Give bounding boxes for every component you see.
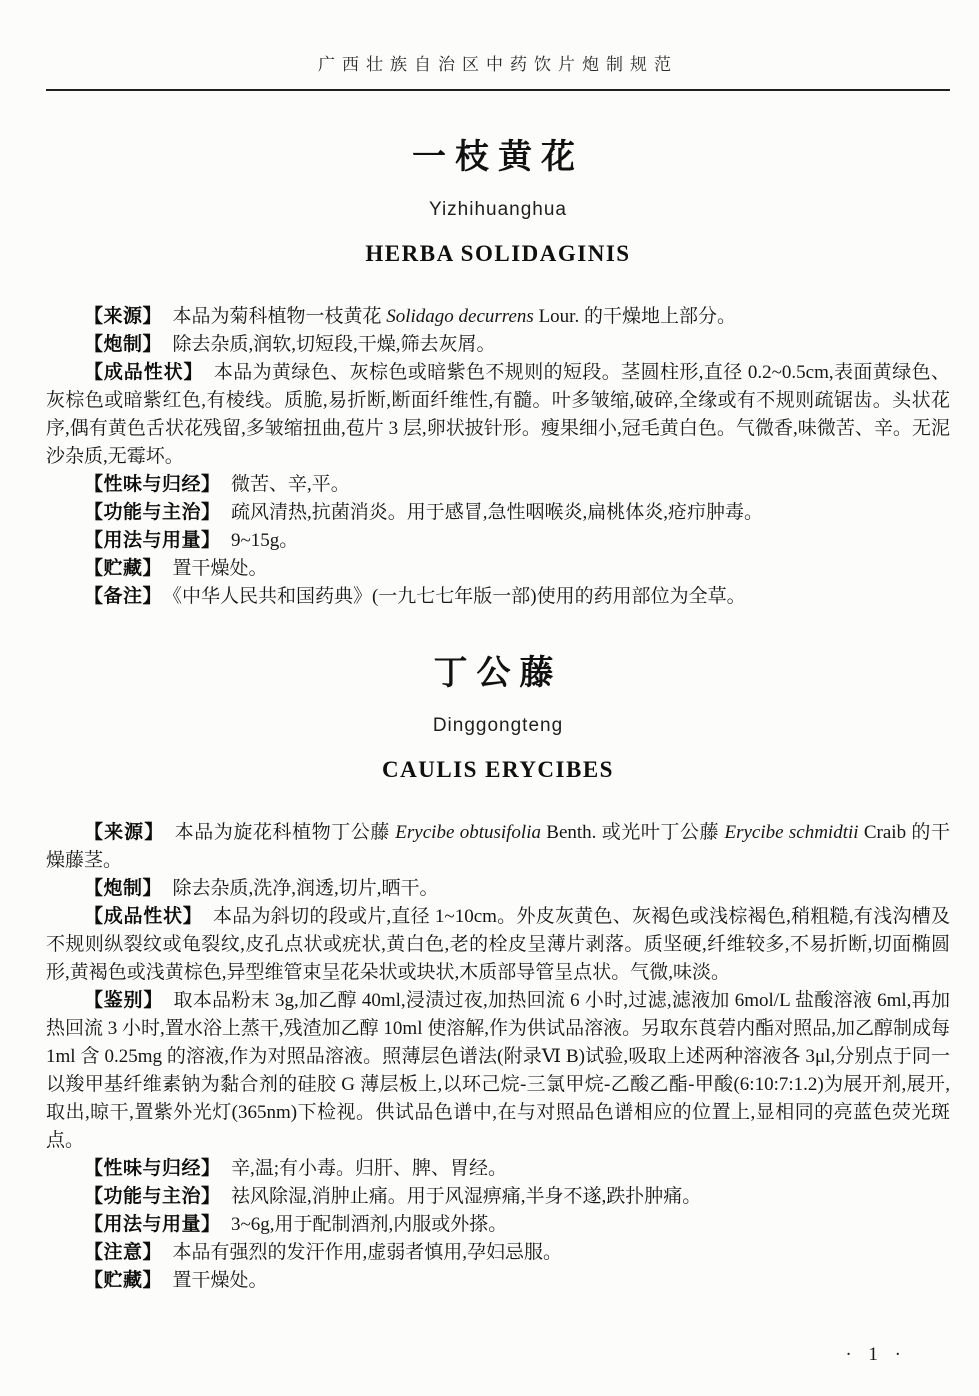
section-label: 【性味与归经】 — [84, 1158, 221, 1179]
section-paragraph: 【成品性状】本品为斜切的段或片,直径 1~10cm。外皮灰黄色、灰褐色或浅棕褐色… — [46, 903, 950, 987]
entry-latin-name: CAULIS ERYCIBES — [46, 757, 950, 783]
page-content: 广西壮族自治区中药饮片炮制规范 一枝黄花 Yizhihuanghua HERBA… — [46, 0, 950, 1295]
entry-title: 丁公藤 — [46, 645, 950, 694]
monograph-entry: 丁公藤 Dinggongteng CAULIS ERYCIBES 【来源】本品为… — [46, 645, 950, 1295]
section-label: 【用法与用量】 — [84, 530, 221, 551]
section-paragraph: 【用法与用量】9~15g。 — [46, 527, 950, 555]
section-text: 3~6g,用于配制酒剂,内服或外搽。 — [231, 1214, 507, 1235]
section-label: 【鉴别】 — [84, 990, 163, 1011]
section-paragraph: 【用法与用量】3~6g,用于配制酒剂,内服或外搽。 — [46, 1211, 950, 1239]
section-label: 【用法与用量】 — [84, 1214, 221, 1235]
section-label: 【来源】 — [84, 306, 162, 327]
section-paragraph: 【性味与归经】微苦、辛,平。 — [46, 471, 950, 499]
section-label: 【贮藏】 — [84, 558, 162, 579]
section-label: 【注意】 — [84, 1242, 162, 1263]
section-text: 《中华人民共和国药典》(一九七七年版一部)使用的药用部位为全草。 — [172, 586, 745, 607]
monograph-entry: 一枝黄花 Yizhihuanghua HERBA SOLIDAGINIS 【来源… — [46, 129, 950, 611]
section-paragraph: 【注意】本品有强烈的发汗作用,虚弱者慎用,孕妇忌服。 — [46, 1239, 950, 1267]
section-label: 【功能与主治】 — [84, 1186, 221, 1207]
section-label: 【备注】 — [84, 586, 162, 607]
section-paragraph: 【成品性状】本品为黄绿色、灰棕色或暗紫色不规则的短段。茎圆柱形,直径 0.2~0… — [46, 359, 950, 471]
section-text: 本品有强烈的发汗作用,虚弱者慎用,孕妇忌服。 — [172, 1242, 562, 1263]
header-rule — [46, 89, 950, 91]
section-label: 【炮制】 — [84, 334, 162, 355]
section-paragraph: 【备注】《中华人民共和国药典》(一九七七年版一部)使用的药用部位为全草。 — [46, 583, 950, 611]
section-text: 微苦、辛,平。 — [231, 474, 350, 495]
section-paragraph: 【来源】本品为菊科植物一枝黄花 Solidago decurrens Lour.… — [46, 303, 950, 331]
latin-binomial: Erycibe schmidtii — [724, 822, 858, 843]
section-text: 9~15g。 — [231, 530, 298, 551]
entry-title: 一枝黄花 — [46, 129, 950, 178]
section-paragraph: 【性味与归经】辛,温;有小毒。归肝、脾、胃经。 — [46, 1155, 950, 1183]
section-paragraph: 【鉴别】取本品粉末 3g,加乙醇 40ml,浸渍过夜,加热回流 6 小时,过滤,… — [46, 987, 950, 1155]
entry-pinyin: Dinggongteng — [46, 715, 950, 737]
scanned-book-page: 广西壮族自治区中药饮片炮制规范 一枝黄花 Yizhihuanghua HERBA… — [0, 0, 979, 1396]
entry-sections: 【来源】本品为旋花科植物丁公藤 Erycibe obtusifolia Bent… — [46, 819, 950, 1295]
section-text: 辛,温;有小毒。归肝、脾、胃经。 — [231, 1158, 507, 1179]
section-text: 祛风除湿,消肿止痛。用于风湿痹痛,半身不遂,跌扑肿痛。 — [231, 1186, 701, 1207]
section-label: 【性味与归经】 — [84, 474, 221, 495]
entries: 一枝黄花 Yizhihuanghua HERBA SOLIDAGINIS 【来源… — [46, 129, 950, 1295]
section-paragraph: 【炮制】除去杂质,洗净,润透,切片,晒干。 — [46, 875, 950, 903]
section-text: 置干燥处。 — [172, 558, 267, 579]
page-number: · 1 · — [845, 1344, 907, 1366]
section-label: 【成品性状】 — [84, 906, 203, 927]
section-label: 【成品性状】 — [84, 362, 203, 383]
section-paragraph: 【贮藏】置干燥处。 — [46, 555, 950, 583]
running-header-title: 广西壮族自治区中药饮片炮制规范 — [46, 0, 950, 75]
section-text: 本品为旋花科植物丁公藤 — [175, 822, 396, 843]
section-text: 本品为菊科植物一枝黄花 — [172, 306, 386, 327]
entry-sections: 【来源】本品为菊科植物一枝黄花 Solidago decurrens Lour.… — [46, 303, 950, 611]
latin-binomial: Solidago decurrens — [386, 306, 534, 327]
section-text: 除去杂质,润软,切短段,干燥,筛去灰屑。 — [172, 334, 495, 355]
section-label: 【炮制】 — [84, 878, 162, 899]
section-paragraph: 【炮制】除去杂质,润软,切短段,干燥,筛去灰屑。 — [46, 331, 950, 359]
section-paragraph: 【功能与主治】祛风除湿,消肿止痛。用于风湿痹痛,半身不遂,跌扑肿痛。 — [46, 1183, 950, 1211]
section-label: 【功能与主治】 — [84, 502, 221, 523]
section-text: Lour. 的干燥地上部分。 — [534, 306, 736, 327]
entry-latin-name: HERBA SOLIDAGINIS — [46, 241, 950, 267]
section-text: 置干燥处。 — [172, 1270, 267, 1291]
section-label: 【来源】 — [84, 822, 164, 843]
entry-pinyin: Yizhihuanghua — [46, 199, 950, 221]
latin-binomial: Erycibe obtusifolia — [395, 822, 541, 843]
section-text: 取本品粉末 3g,加乙醇 40ml,浸渍过夜,加热回流 6 小时,过滤,滤液加 … — [46, 990, 950, 1151]
section-text: Benth. 或光叶丁公藤 — [541, 822, 725, 843]
section-paragraph: 【贮藏】置干燥处。 — [46, 1267, 950, 1295]
section-paragraph: 【功能与主治】疏风清热,抗菌消炎。用于感冒,急性咽喉炎,扁桃体炎,疮疖肿毒。 — [46, 499, 950, 527]
section-paragraph: 【来源】本品为旋花科植物丁公藤 Erycibe obtusifolia Bent… — [46, 819, 950, 875]
section-label: 【贮藏】 — [84, 1270, 162, 1291]
section-text: 除去杂质,洗净,润透,切片,晒干。 — [172, 878, 438, 899]
section-text: 疏风清热,抗菌消炎。用于感冒,急性咽喉炎,扁桃体炎,疮疖肿毒。 — [231, 502, 763, 523]
